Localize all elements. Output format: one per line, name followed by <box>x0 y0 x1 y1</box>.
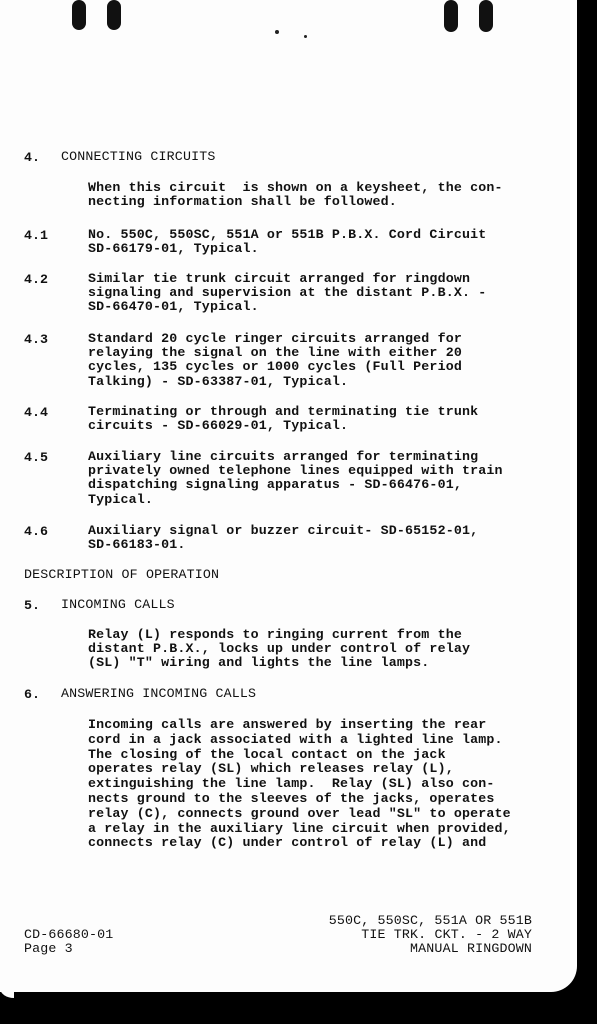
binder-hole-icon <box>479 0 493 32</box>
item-4-3-number: 4.3 <box>24 332 48 347</box>
section-4-number: 4. <box>24 150 40 165</box>
item-4-3-text: Standard 20 cycle ringer circuits arrang… <box>88 332 462 389</box>
scan-speck <box>275 30 279 34</box>
section-4-title: CONNECTING CIRCUITS <box>61 150 215 164</box>
section-6-text: Incoming calls are answered by inserting… <box>88 718 511 851</box>
binder-hole-icon <box>444 0 458 32</box>
section-5-text: Relay (L) responds to ringing current fr… <box>88 628 470 671</box>
item-4-2-number: 4.2 <box>24 272 48 287</box>
scan-speck <box>304 35 307 38</box>
section-5-number: 5. <box>24 598 40 613</box>
section-6-title: ANSWERING INCOMING CALLS <box>61 687 256 701</box>
document-page: 4. CONNECTING CIRCUITS When this circuit… <box>0 0 577 992</box>
item-4-6-text: Auxiliary signal or buzzer circuit- SD-6… <box>88 524 478 552</box>
description-heading: DESCRIPTION OF OPERATION <box>24 568 219 582</box>
item-4-5-text: Auxiliary line circuits arranged for ter… <box>88 450 503 507</box>
page-number: Page 3 <box>24 942 73 956</box>
item-4-1-text: No. 550C, 550SC, 551A or 551B P.B.X. Cor… <box>88 228 486 256</box>
item-4-4-number: 4.4 <box>24 405 48 420</box>
item-4-6-number: 4.6 <box>24 524 48 539</box>
binder-hole-icon <box>107 0 121 30</box>
section-5-title: INCOMING CALLS <box>61 598 175 612</box>
item-4-2-text: Similar tie trunk circuit arranged for r… <box>88 272 486 315</box>
item-4-4-text: Terminating or through and terminating t… <box>88 405 478 433</box>
item-4-5-number: 4.5 <box>24 450 48 465</box>
item-4-1-number: 4.1 <box>24 228 48 243</box>
section-6-number: 6. <box>24 687 40 702</box>
binder-hole-icon <box>72 0 86 30</box>
footer-title-line-3: MANUAL RINGDOWN <box>410 942 532 956</box>
section-4-intro: When this circuit is shown on a keysheet… <box>88 181 503 209</box>
